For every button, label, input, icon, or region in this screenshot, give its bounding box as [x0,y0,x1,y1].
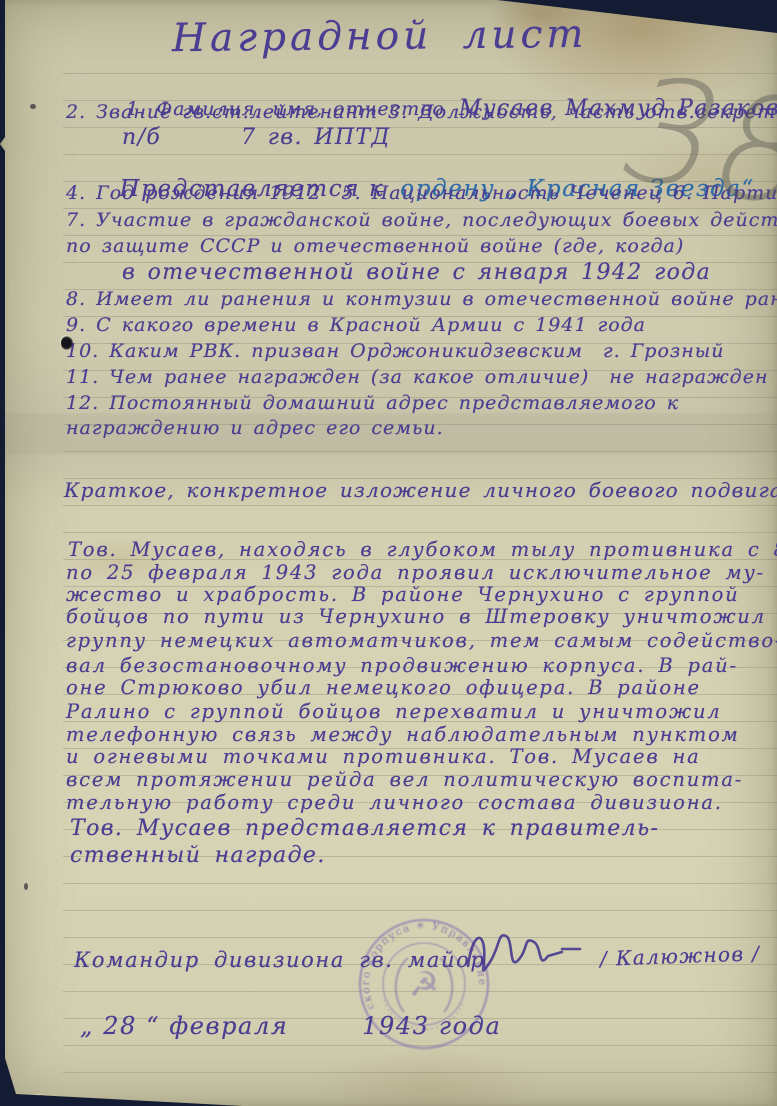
punch-hole [61,336,73,350]
summary-line: группу немецких автоматчиков, тем самым … [66,629,777,652]
scanned-award-sheet: ского корпуса ✳ Управление ☭ Наградной л… [0,0,777,1106]
summary-line: бойцов по пути из Чернухино в Штеровку у… [66,605,766,628]
summary-heading: Краткое, конкретное изложение личного бо… [64,478,777,502]
ink-speck [24,883,28,890]
form-line-home-address-cont: награждению и адрес его семьи. [66,417,444,439]
form-line-unit: п/б 7 гв. ИПТД [122,125,391,150]
signature-flourish [462,922,592,986]
summary-line: оне Стрюково убил немецкого офицера. В р… [66,676,701,699]
signature-role: Командир дивизиона гв. майор [74,948,485,972]
summary-line: по 25 февраля 1943 года проявил исключит… [66,561,765,584]
summary-line: телефонную связь между наблюдательным пу… [66,723,740,746]
summary-line: всем протяжении рейда вел политическую в… [66,768,743,791]
summary-line: Тов. Мусаев представляется к правитель- [70,816,659,841]
form-line-wounds: 8. Имеет ли ранения и контузии в отечест… [66,288,777,310]
form-line-participation-cont: по защите СССР и отечественной войне (гд… [66,235,684,257]
summary-line: ственный награде. [70,843,326,868]
form-line-previous-awards: 11. Чем ранее награжден (за какое отличи… [66,366,769,388]
date-line: „ 28 “ февраля 1943 года [80,1012,501,1040]
form-line-patriotic-war: в отечественной войне с января 1942 года [122,260,711,285]
ink-speck [30,104,36,109]
punch-hole [33,1095,48,1106]
summary-line: тельную работу среди личного состава див… [66,791,723,814]
form-line-service-since: 9. С какого времени в Красной Армии с 19… [66,314,646,336]
summary-line: вал безостановочному продвижению корпуса… [66,654,738,677]
summary-line: и огневыми точками противника. Тов. Муса… [66,745,701,768]
paper-sheet: ского корпуса ✳ Управление ☭ Наградной л… [0,0,777,1106]
summary-line: жество и храбрость. В районе Чернухино с… [66,583,740,606]
summary-line: Тов. Мусаев, находясь в глубоком тылу пр… [68,538,777,561]
summary-line: Ралино с группой бойцов перехватил и уни… [66,700,722,723]
form-line-drafted-by: 10. Каким РВК. призван Орджоникидзевским… [66,340,725,362]
form-line-home-address: 12. Постоянный домашний адрес представля… [66,392,679,414]
document-title: Наградной лист [172,12,588,61]
